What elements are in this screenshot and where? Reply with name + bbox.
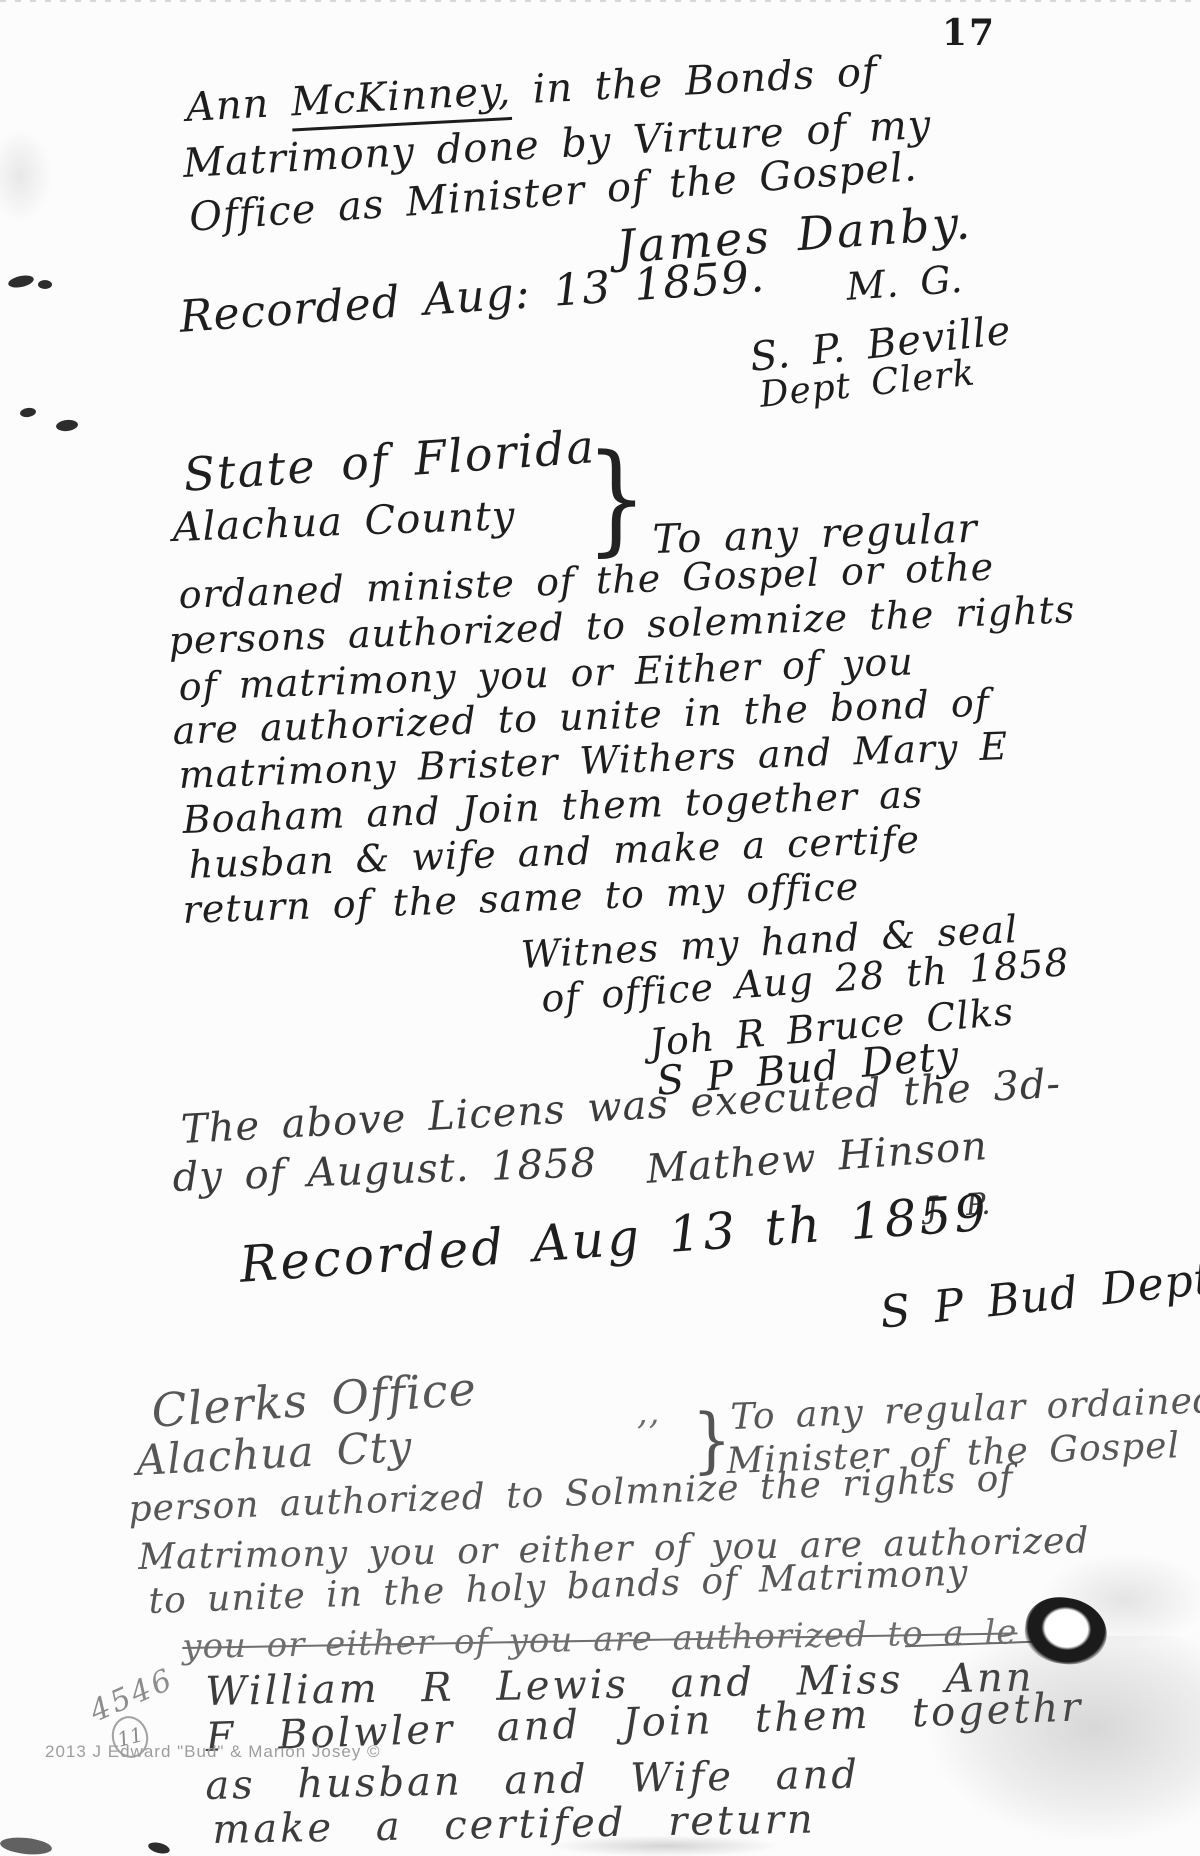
entry1-line1-prefix: Ann [185, 80, 292, 131]
stain [555, 1836, 775, 1856]
ink-speck [55, 419, 78, 432]
entry3-line2: dy of August. 1858 [172, 1143, 598, 1198]
scan-edge-artifact [0, 0, 1200, 2]
stain [0, 128, 52, 224]
entry1-recorded-line: Recorded Aug: 13 1859. [178, 255, 766, 340]
entry3-recorded-signature: S P Bud Dept [878, 1257, 1200, 1336]
entry2-heading-state: State of Florida [182, 423, 597, 498]
entry3-signature: Mathew Hinson [645, 1126, 989, 1190]
entry2-heading-county: Alachua County [172, 496, 516, 548]
ink-speck [19, 407, 36, 418]
ink-speck [38, 280, 52, 289]
stain [930, 1636, 1200, 1841]
ink-speck [7, 273, 35, 289]
entry4-heading-office: Clerks Office [150, 1365, 478, 1434]
entry4-heading-county: Alachua Cty [135, 1426, 413, 1482]
brace-glyph: } [586, 428, 647, 568]
entry3-recorded-line: Recorded Aug 13 th 1859 [238, 1188, 991, 1290]
entry1-line1-suffix: in the Bonds of [510, 49, 879, 114]
page-number: 17 [942, 12, 996, 54]
document-page: 17 Ann McKinney, in the Bonds of Matrimo… [0, 0, 1200, 1856]
copyright-watermark: 2013 J Edward "Bud" & Marion Josey © [45, 1742, 381, 1762]
entry4-comma-mark: ,, [636, 1395, 661, 1430]
entry1-underlined-name: McKinney, [290, 68, 513, 131]
ink-speck [147, 1840, 171, 1855]
ink-speck [0, 1835, 53, 1856]
entry1-signature-title: M. G. [845, 260, 965, 306]
